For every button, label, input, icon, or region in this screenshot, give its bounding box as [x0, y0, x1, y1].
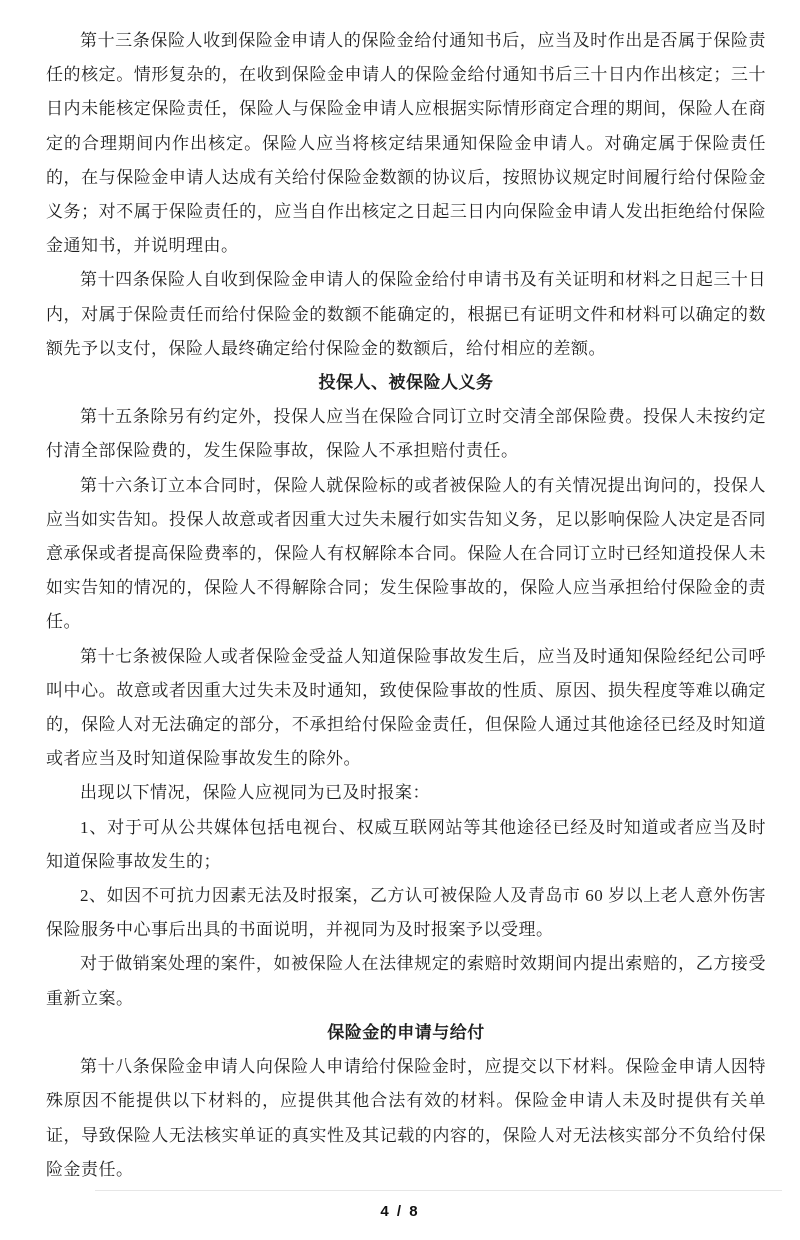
timely-report-intro-paragraph: 出现以下情况，保险人应视同为已及时报案：	[46, 776, 766, 810]
clause-17-paragraph: 第十七条被保险人或者保险金受益人知道保险事故发生后，应当及时通知保险经纪公司呼叫…	[46, 640, 766, 777]
clause-18-paragraph: 第十八条保险金申请人向保险人申请给付保险金时，应提交以下材料。保险金申请人因特殊…	[46, 1050, 766, 1187]
clause-16-paragraph: 第十六条订立本合同时，保险人就保险标的或者被保险人的有关情况提出询问的，投保人应…	[46, 469, 766, 640]
timely-report-item-2: 2、如因不可抗力因素无法及时报案，乙方认可被保险人及青岛市 60 岁以上老人意外…	[46, 879, 766, 947]
page-number: 4 / 8	[0, 1203, 800, 1220]
section-heading-policyholder-obligations: 投保人、被保险人义务	[46, 366, 766, 400]
contract-document-page: 第十三条保险人收到保险金申请人的保险金给付通知书后，应当及时作出是否属于保险责任…	[0, 0, 800, 1187]
clause-14-paragraph: 第十四条保险人自收到保险金申请人的保险金给付申请书及有关证明和材料之日起三十日内…	[46, 263, 766, 366]
clause-15-paragraph: 第十五条除另有约定外，投保人应当在保险合同订立时交清全部保险费。投保人未按约定付…	[46, 400, 766, 468]
section-heading-benefit-application: 保险金的申请与给付	[46, 1016, 766, 1050]
scan-artifact-line	[95, 1190, 782, 1191]
clause-13-paragraph: 第十三条保险人收到保险金申请人的保险金给付通知书后，应当及时作出是否属于保险责任…	[46, 24, 766, 263]
timely-report-item-1: 1、对于可从公共媒体包括电视台、权威互联网站等其他途径已经及时知道或者应当及时知…	[46, 811, 766, 879]
case-reopen-paragraph: 对于做销案处理的案件，如被保险人在法律规定的索赔时效期间内提出索赔的，乙方接受重…	[46, 947, 766, 1015]
